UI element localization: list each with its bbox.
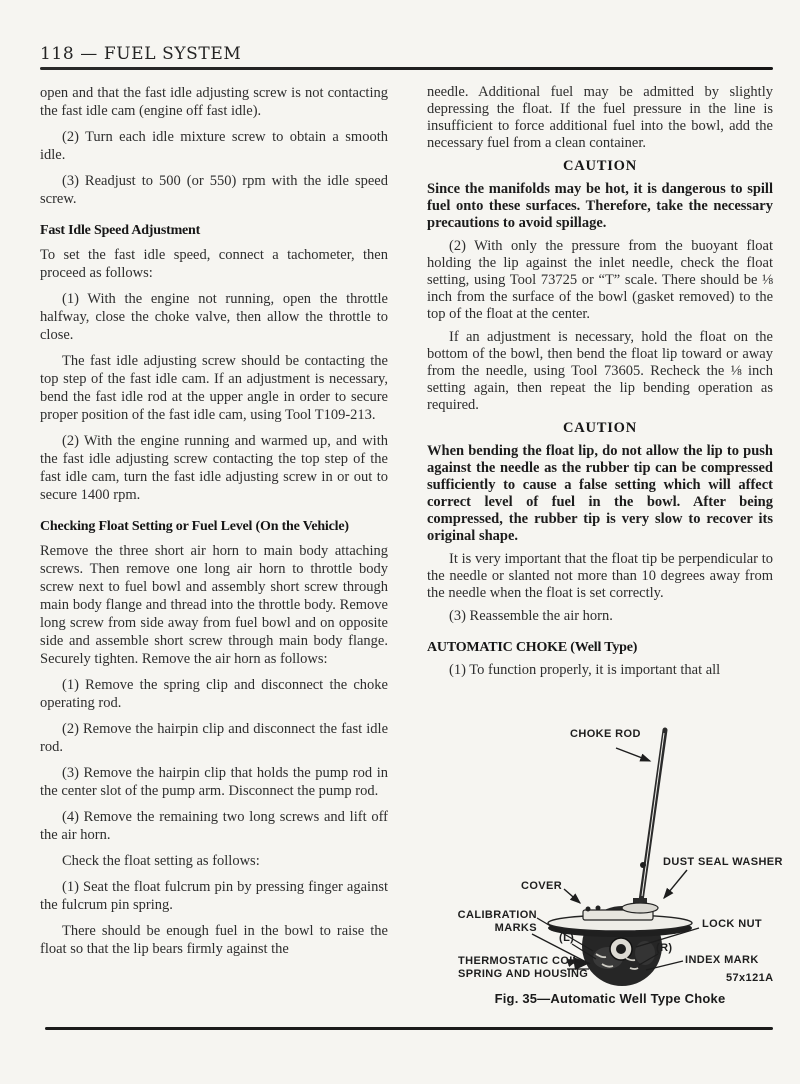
label-left-mark: (L) [559, 932, 574, 945]
figure-automatic-well-type-choke: CHOKE ROD DUST SEAL WASHER COVER CALIBRA… [440, 718, 795, 1023]
paragraph: needle. Additional fuel may be admitted … [427, 84, 773, 152]
paragraph: (2) Remove the hairpin clip and disconne… [40, 720, 388, 756]
paragraph: open and that the fast idle adjusting sc… [40, 84, 388, 120]
section-heading: AUTOMATIC CHOKE (Well Type) [427, 639, 773, 656]
paragraph: (2) With the engine running and warmed u… [40, 432, 388, 504]
caution-heading: CAUTION [427, 420, 773, 437]
page-header: 118—FUEL SYSTEM [40, 44, 241, 64]
label-index-mark: INDEX MARK [685, 954, 759, 967]
manual-page: 118—FUEL SYSTEM open and that the fast i… [0, 0, 800, 1084]
label-thermostatic-line2: SPRING AND HOUSING [458, 968, 588, 981]
paragraph: (2) With only the pressure from the buoy… [427, 238, 773, 323]
page-title: FUEL SYSTEM [104, 44, 242, 64]
label-calibration-line2: MARKS [455, 922, 537, 935]
label-dust-seal-washer: DUST SEAL WASHER [663, 856, 783, 869]
label-thermostatic-line1: THERMOSTATIC COIL [458, 955, 588, 968]
label-lock-nut: LOCK NUT [702, 918, 762, 931]
label-calibration-line1: CALIBRATION [455, 909, 537, 922]
left-column: open and that the fast idle adjusting sc… [40, 84, 388, 966]
dust-seal-washer-leader [664, 870, 687, 898]
paragraph: The fast idle adjusting screw should be … [40, 352, 388, 424]
header-rule [40, 67, 773, 70]
label-thermostatic-coil: THERMOSTATIC COIL SPRING AND HOUSING [458, 955, 588, 980]
paragraph: To set the fast idle speed, connect a ta… [40, 246, 388, 282]
paragraph: Remove the three short air horn to main … [40, 542, 388, 668]
choke-rod-leader [616, 748, 650, 761]
page-number: 118 [40, 44, 74, 64]
caution-paragraph: When bending the float lip, do not allow… [427, 443, 773, 545]
paragraph: Check the float setting as follows: [40, 852, 388, 870]
paragraph: If an adjustment is necessary, hold the … [427, 329, 773, 414]
paragraph: (4) Remove the remaining two long screws… [40, 808, 388, 844]
paragraph: There should be enough fuel in the bowl … [40, 922, 388, 958]
header-separator: — [74, 44, 104, 64]
paragraph: (2) Turn each idle mixture screw to obta… [40, 128, 388, 164]
section-heading: Fast Idle Speed Adjustment [40, 222, 388, 240]
caution-paragraph: Since the manifolds may be hot, it is da… [427, 181, 773, 232]
paragraph: (1) Remove the spring clip and disconnec… [40, 676, 388, 712]
choke-diagram [440, 718, 795, 990]
paragraph: (3) Reassemble the air horn. [427, 608, 773, 625]
label-choke-rod: CHOKE ROD [570, 728, 641, 741]
caution-heading: CAUTION [427, 158, 773, 175]
label-part-code: 57x121A [726, 972, 773, 985]
paragraph: (1) Seat the float fulcrum pin by pressi… [40, 878, 388, 914]
figure-caption: Fig. 35—Automatic Well Type Choke [440, 991, 780, 1006]
label-right-mark: (R) [656, 942, 672, 955]
paragraph: (1) To function properly, it is importan… [427, 662, 773, 679]
label-cover: COVER [521, 880, 562, 893]
choke-rod-highlight [642, 733, 664, 896]
paragraph: (3) Remove the hairpin clip that holds t… [40, 764, 388, 800]
label-calibration-marks: CALIBRATION MARKS [455, 909, 537, 934]
dust-seal-washer-shape [622, 903, 658, 913]
bottom-rule [45, 1027, 773, 1030]
section-heading: Checking Float Setting or Fuel Level (On… [40, 518, 388, 536]
paragraph: (3) Readjust to 500 (or 550) rpm with th… [40, 172, 388, 208]
paragraph: (1) With the engine not running, open th… [40, 290, 388, 344]
right-column: needle. Additional fuel may be admitted … [427, 84, 773, 685]
paragraph: It is very important that the float tip … [427, 551, 773, 602]
rod-clip-shape [640, 862, 646, 868]
cover-leader [564, 889, 580, 903]
